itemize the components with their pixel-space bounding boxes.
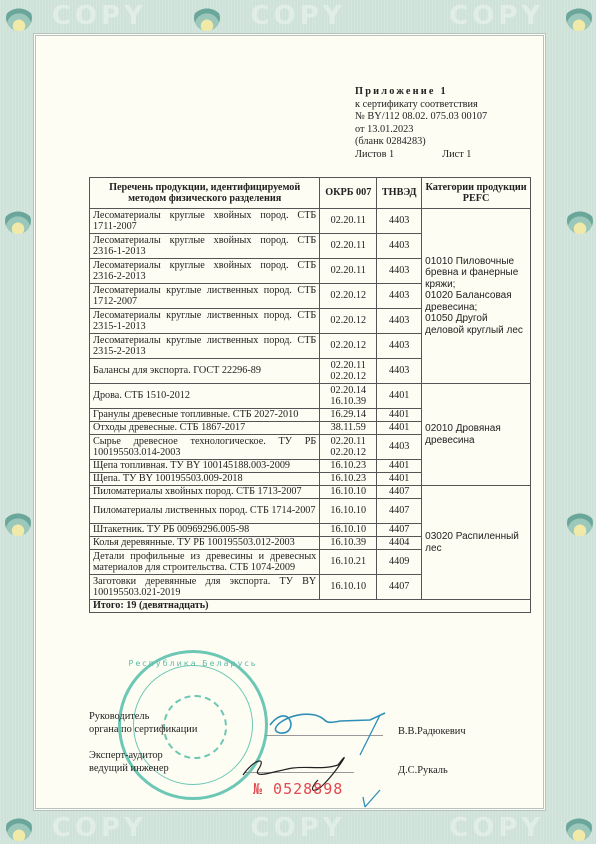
tnved-code: 4403: [377, 359, 422, 384]
sheet-number: Лист 1: [442, 149, 471, 162]
product-name: Лесоматериалы круглые хвойных пород. СТБ…: [90, 209, 320, 234]
rosette-icon: [5, 208, 31, 234]
tnved-code: 4403: [377, 259, 422, 284]
tnved-code: 4401: [377, 473, 422, 486]
rosette-icon: [194, 5, 220, 31]
appendix-title: Приложение 1: [355, 86, 487, 99]
tnved-code: 4407: [377, 575, 422, 600]
expert-name: Д.С.Рукаль: [398, 764, 448, 777]
pefc-category: 03020 Распиленный лес: [422, 486, 531, 600]
header-pefc: Категории продукции PEFC: [422, 178, 531, 209]
copy-watermark-bottom: COPY COPY COPY: [0, 812, 596, 844]
product-name: Лесоматериалы круглые лиственных пород. …: [90, 284, 320, 309]
rosette-icon: [567, 208, 593, 234]
product-name: Заготовки деревянные для экспорта. ТУ BY…: [90, 575, 320, 600]
product-name: Колья деревянные. ТУ РБ 100195503.012-20…: [90, 537, 320, 550]
okrb-code: 02.20.14 16.10.39: [320, 384, 377, 409]
tnved-code: 4404: [377, 537, 422, 550]
head-label: Руководитель органа по сертификации: [89, 710, 197, 736]
certificate-number: № BY/112 08.02. 075.03 00107: [355, 111, 487, 124]
okrb-code: 16.10.10: [320, 486, 377, 499]
okrb-code: 02.20.12: [320, 334, 377, 359]
okrb-code: 02.20.11 02.20.12: [320, 359, 377, 384]
product-name: Гранулы древесные топливные. СТБ 2027-20…: [90, 409, 320, 422]
total-count: Итого: 19 (девятнадцать): [90, 600, 531, 613]
okrb-code: 02.20.12: [320, 309, 377, 334]
okrb-code: 16.10.39: [320, 537, 377, 550]
checkmark-mark: [360, 785, 390, 810]
appendix-header: Приложение 1 к сертификату соответствия …: [355, 86, 487, 161]
okrb-code: 16.29.14: [320, 409, 377, 422]
rosette-icon: [6, 815, 32, 841]
product-name: Лесоматериалы круглые хвойных пород. СТБ…: [90, 259, 320, 284]
product-name: Дрова. СТБ 1510-2012: [90, 384, 320, 409]
expert-label: Эксперт-аудитор ведущий инженер: [89, 749, 169, 775]
tnved-code: 4403: [377, 334, 422, 359]
okrb-code: 38.11.59: [320, 422, 377, 435]
product-name: Пиломатериалы лиственных пород. СТБ 1714…: [90, 499, 320, 524]
tnved-code: 4401: [377, 409, 422, 422]
rosette-icon: [567, 510, 593, 536]
okrb-code: 02.20.11: [320, 234, 377, 259]
tnved-code: 4401: [377, 384, 422, 409]
tnved-code: 4407: [377, 524, 422, 537]
okrb-code: 16.10.10: [320, 575, 377, 600]
product-name: Лесоматериалы круглые хвойных пород. СТБ…: [90, 234, 320, 259]
okrb-code: 02.20.11: [320, 209, 377, 234]
tnved-code: 4403: [377, 209, 422, 234]
okrb-code: 16.10.10: [320, 499, 377, 524]
tnved-code: 4403: [377, 435, 422, 460]
product-name: Балансы для экспорта. ГОСТ 22296-89: [90, 359, 320, 384]
product-name: Пиломатериалы хвойных пород. СТБ 1713-20…: [90, 486, 320, 499]
product-name: Щепа. ТУ BY 100195503.009-2018: [90, 473, 320, 486]
okrb-code: 16.10.10: [320, 524, 377, 537]
blank-number: (бланк 0284283): [355, 136, 487, 149]
rosette-icon: [5, 510, 31, 536]
tnved-code: 4401: [377, 460, 422, 473]
tnved-code: 4407: [377, 486, 422, 499]
product-name: Лесоматериалы круглые лиственных пород. …: [90, 334, 320, 359]
rosette-icon: [566, 815, 592, 841]
products-table: Перечень продукции, идентифицируемой мет…: [89, 177, 531, 613]
okrb-code: 02.20.11: [320, 259, 377, 284]
pefc-category: 02010 Дровяная древесина: [422, 384, 531, 486]
tnved-code: 4407: [377, 499, 422, 524]
okrb-code: 16.10.23: [320, 460, 377, 473]
product-name: Штакетник. ТУ РБ 00969296.005-98: [90, 524, 320, 537]
okrb-code: 16.10.23: [320, 473, 377, 486]
product-name: Лесоматериалы круглые лиственных пород. …: [90, 309, 320, 334]
header-okrb: ОКРБ 007: [320, 178, 377, 209]
tnved-code: 4403: [377, 284, 422, 309]
certificate-date: от 13.01.2023: [355, 124, 487, 137]
tnved-code: 4403: [377, 234, 422, 259]
okrb-code: 16.10.21: [320, 550, 377, 575]
product-name: Сырье древесное технологическое. ТУ РБ 1…: [90, 435, 320, 460]
serial-number: № 0528898: [253, 780, 343, 798]
tnved-code: 4403: [377, 309, 422, 334]
rosette-icon: [6, 5, 32, 31]
product-name: Детали профильные из древесины и древесн…: [90, 550, 320, 575]
table-row: Лесоматериалы круглые хвойных пород. СТБ…: [90, 209, 531, 234]
table-row: Пиломатериалы хвойных пород. СТБ 1713-20…: [90, 486, 531, 499]
product-name: Отходы древесные. СТБ 1867-2017: [90, 422, 320, 435]
sheets-count: Листов 1: [355, 149, 394, 162]
okrb-code: 02.20.12: [320, 284, 377, 309]
rosette-icon: [566, 5, 592, 31]
okrb-code: 02.20.11 02.20.12: [320, 435, 377, 460]
tnved-code: 4401: [377, 422, 422, 435]
header-products: Перечень продукции, идентифицируемой мет…: [90, 178, 320, 209]
total-row: Итого: 19 (девятнадцать): [90, 600, 531, 613]
copy-watermark-top: COPY COPY COPY: [0, 0, 596, 32]
pefc-category: 01010 Пиловочные бревна и фанерные кряжи…: [422, 209, 531, 384]
table-row: Дрова. СТБ 1510-201202.20.14 16.10.39440…: [90, 384, 531, 409]
product-name: Щепа топливная. ТУ BY 100145188.003-2009: [90, 460, 320, 473]
header-tnved: ТНВЭД: [377, 178, 422, 209]
tnved-code: 4409: [377, 550, 422, 575]
